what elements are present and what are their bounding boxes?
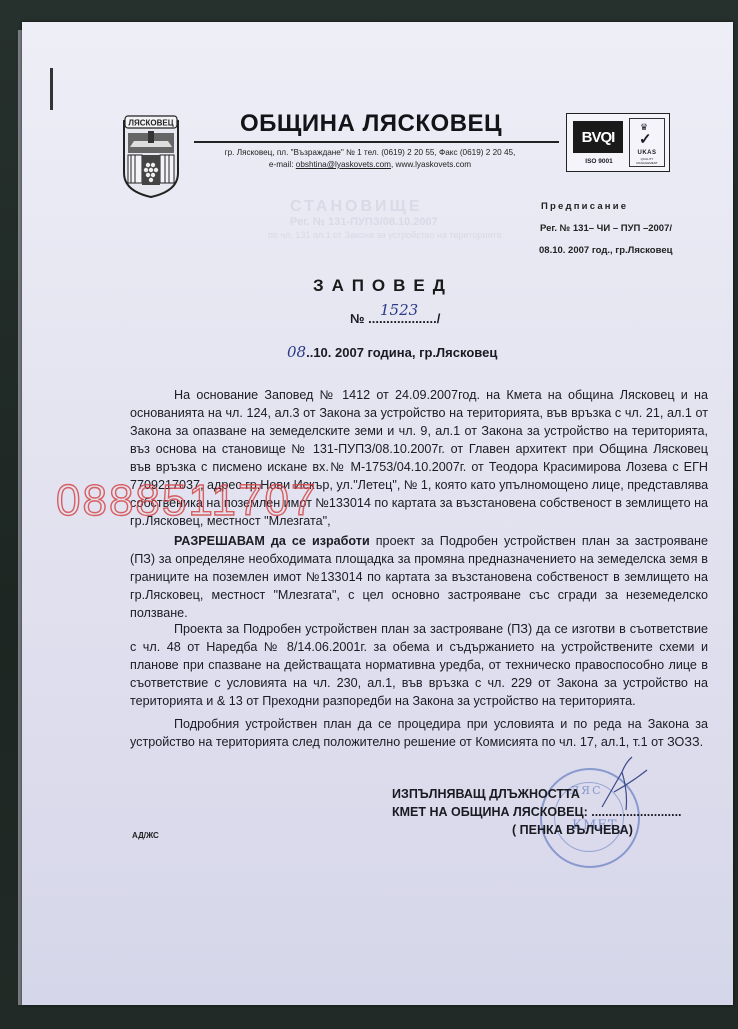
signatory-name: ( ПЕНКА ВЪЛЧЕВА) [392,821,682,839]
signature-block: ИЗПЪЛНЯВАЩ ДЛЪЖНОСТТА КМЕТ НА ОБЩИНА ЛЯС… [392,785,682,839]
contact-line: e-mail: obshtina@lyaskovets.com, www.lya… [200,159,540,171]
header-divider [194,141,559,143]
text-line: (ПЗ) за определяне необходимата площадка… [130,550,708,568]
text-line: гр.Лясковец, местност "Млезгата", с цел … [130,586,708,604]
paragraph-permission: РАЗРЕШАВАМ да се изработи проект за Подр… [130,532,708,622]
text-line: във връзка с писмено искане вх.№ М-1753/… [130,458,708,476]
document-page: СТАНОВИЩЕ Рег. № 131-ПУПЗ/08.10.2007 по … [0,0,738,1029]
handwritten-order-number: 1523 [380,301,418,319]
email-link[interactable]: obshtina@lyaskovets.com [296,160,391,169]
text-line: територията и & 13 от Преходни разпоредб… [130,692,708,710]
ghost-reg: Рег. № 131-ПУПЗ/08.10.2007 [290,216,438,228]
text-line: На основание Заповед № 1412 от 24.09.200… [130,386,708,404]
text-line: с чл. 48 от Наредба № 8/14.06.2001г. за … [130,638,708,656]
text-line: съответствие с условията на чл. 230, ал.… [130,674,708,692]
staple-mark [50,68,53,110]
number-suffix: / [437,311,441,326]
website-text: , www.lyaskovets.com [391,160,471,169]
order-date: 08..10. 2007 година, гр.Лясковец [287,343,497,361]
ukas-logo: ♛ ✓ UKAS QUALITY MANAGEMENT [629,118,665,167]
text-line: планове при спазване на действащата норм… [130,656,708,674]
prescription-block: Предписание Рег. № 131– ЧИ – ПУП –2007/ … [541,196,672,262]
ukas-sub: QUALITY MANAGEMENT [630,157,664,165]
text-line: Подробния устройствен план да се процеди… [130,715,708,733]
signature-role: ИЗПЪЛНЯВАЩ ДЛЪЖНОСТТА [392,785,682,803]
text-line: основанията на чл. 124, ал.3 от Закона з… [130,404,708,422]
prescription-reg: Рег. № 131– ЧИ – ПУП –2007/ [540,218,672,240]
org-address: гр. Лясковец, пл. "Възраждане" № 1 тел. … [200,147,540,171]
ukas-label: UKAS [630,150,664,156]
phone-watermark: 0888511707 [56,476,317,526]
text-line: Проекта за Подробен устройствен план за … [130,620,708,638]
author-initials: АД/ЖС [132,831,159,840]
prescription-title: Предписание [541,196,672,218]
text-line: РАЗРЕШАВАМ да се изработи проект за Подр… [130,532,708,550]
iso-label: ISO 9001 [571,158,627,165]
signature-title: КМЕТ НА ОБЩИНА ЛЯСКОВЕЦ: ...............… [392,803,682,821]
text-line: устройство на територията след положител… [130,733,708,751]
number-prefix: № [350,311,368,326]
coat-of-arms-icon: ЛЯСКОВЕЦ [120,113,182,198]
paragraph-project: Проекта за Подробен устройствен план за … [130,620,708,710]
order-number: № .................../ 1523 [350,311,440,326]
svg-text:ЛЯСКОВЕЦ: ЛЯСКОВЕЦ [128,119,173,128]
text-line: въз основа на становище № 131-ПУПЗ/08.10… [130,440,708,458]
certification-logos: BVQI ISO 9001 ♛ ✓ UKAS QUALITY MANAGEMEN… [566,113,670,172]
paragraph-procedure: Подробния устройствен план да се процеди… [130,715,708,751]
ghost-sub: по чл. 131 ал.1 от Закона за устройство … [268,230,502,240]
address-text: гр. Лясковец, пл. "Възраждане" № 1 тел. … [200,147,540,159]
email-prefix: e-mail: [269,160,296,169]
text-line: Закона за опазване на земеделските земи … [130,422,708,440]
order-title: ЗАПОВЕД [313,276,453,296]
bvqi-logo: BVQI [573,121,623,153]
text-line: границите на поземлен имот №133014 по ка… [130,568,708,586]
org-title: ОБЩИНА ЛЯСКОВЕЦ [240,110,502,138]
handwritten-day: 08 [287,343,306,361]
text-fragment: проект за Подробен устройствен план за з… [370,534,708,548]
ghost-heading: СТАНОВИЩЕ [290,198,423,216]
checkmark-icon: ✓ [639,130,652,148]
date-rest: ..10. 2007 година, гр.Лясковец [306,345,497,360]
prescription-date: 08.10. 2007 год., гр.Лясковец [539,240,672,262]
permission-keyword: РАЗРЕШАВАМ да се изработи [174,534,370,548]
